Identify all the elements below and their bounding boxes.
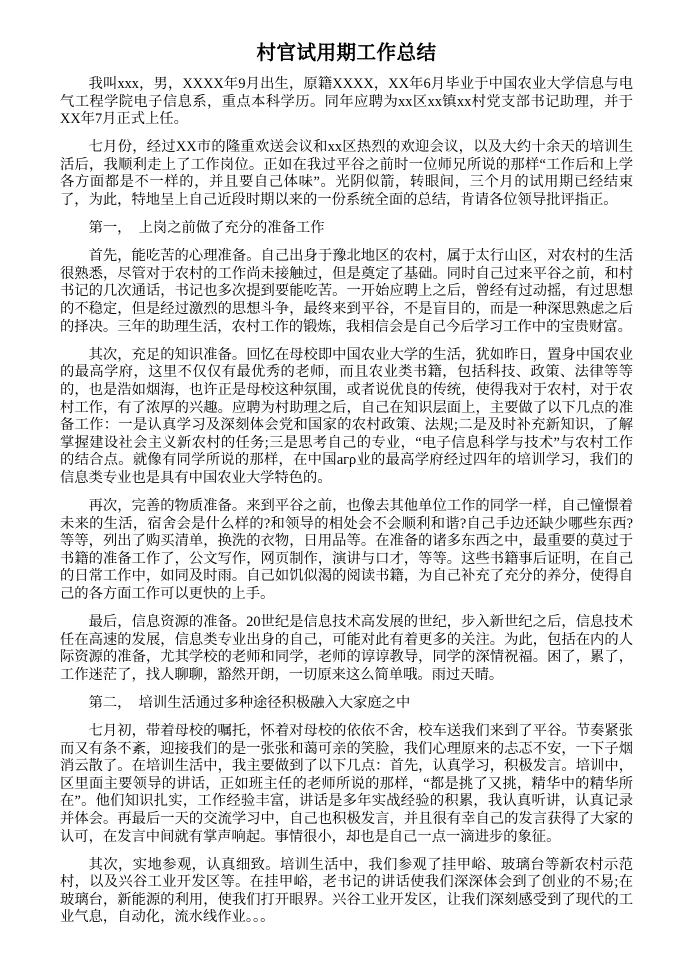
paragraph-knowledge-preparation: 其次，充足的知识准备。回忆在母校即中国农业大学的生活，犹如昨日，置身中国农业的最… [60,347,633,488]
paragraph-self-introduction: 我叫xxx，男，XXXX年9月出生，原籍XXXX，XX年6月毕业于中国农业大学信… [60,76,633,129]
paragraph-onboarding-summary: 七月份，经过XX市的隆重欢送会议和xx区热烈的欢迎会议，以及大约十余天的培训生活… [60,139,633,209]
paragraph-mental-preparation: 首先，能吃苦的心理准备。自己出身于豫北地区的农村，属于太行山区，对农村的生活很熟… [60,248,633,336]
document-title: 村官试用期工作总结 [60,42,633,65]
section-heading-second: 第二， 培训生活通过多种途径积极融入大家庭之中 [60,695,633,713]
paragraph-information-preparation: 最后，信息资源的准备。20世纪是信息技术高发展的世纪，步入新世纪之后，信息技术任… [60,614,633,684]
paragraph-material-preparation: 再次，完善的物质准备。来到平谷之前，也像去其他单位工作的同学一样，自己憧憬着未来… [60,498,633,604]
paragraph-field-visits: 其次，实地参观，认真细致。培训生活中，我们参观了挂甲峪、玻璃台等新农村示范村，以… [60,857,633,927]
section-heading-first: 第一， 上岗之前做了充分的准备工作 [60,220,633,238]
document-page: 村官试用期工作总结 我叫xxx，男，XXXX年9月出生，原籍XXXX，XX年6月… [0,0,690,976]
paragraph-training-life: 七月初，带着母校的嘱托，怀着对母校的依依不舍，校车送我们来到了平谷。节奏紧张而又… [60,723,633,846]
